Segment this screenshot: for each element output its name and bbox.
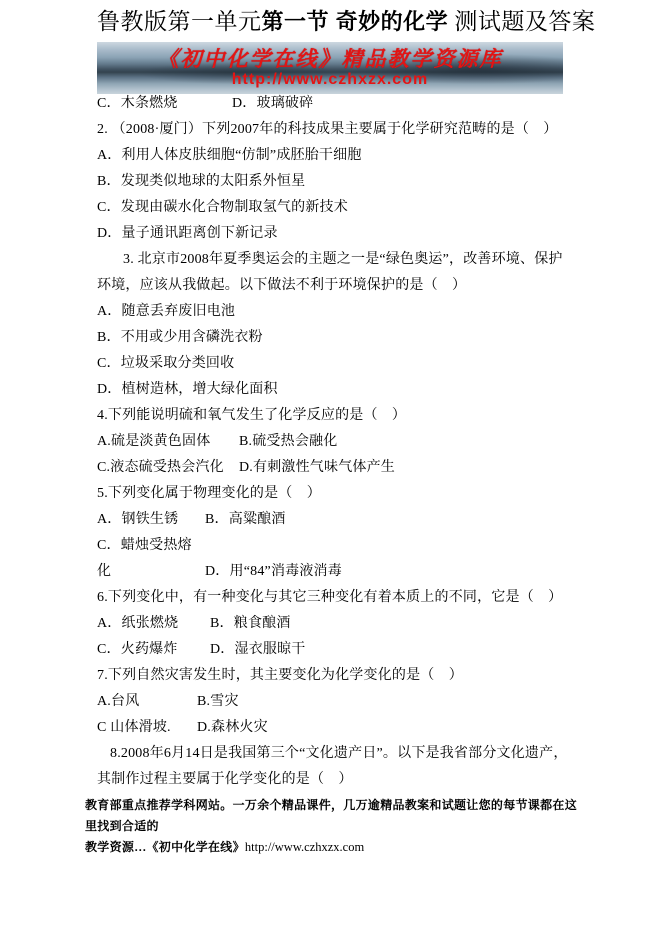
question-6-options-ab: A．纸张燃烧B．粮食酿酒 [97, 611, 571, 637]
question-1-option-c: C．木条燃烧 [97, 91, 232, 117]
question-2-option-b: B．发现类似地球的太阳系外恒星 [97, 169, 571, 195]
question-4-option-a: A.硫是淡黄色固体 [97, 429, 239, 455]
title-suffix: 测试题及答案 [448, 9, 595, 34]
question-5-option-d: D．用“84”消毒液消毒 [205, 564, 342, 579]
question-4-options-cd: C.液态硫受热会汽化D.有刺激性气味气体产生 [97, 455, 571, 481]
question-7-option-a: A.台风 [97, 689, 197, 715]
question-7-option-b: B.雪灾 [197, 694, 239, 709]
question-7-options-cd: C 山体滑坡.D.森林火灾 [97, 715, 571, 741]
question-3-option-d: D．植树造林，增大绿化面积 [97, 377, 571, 403]
question-4-stem: 4.下列能说明硫和氧气发生了化学反应的是（ ） [97, 403, 571, 429]
question-6-stem: 6.下列变化中，有一种变化与其它三种变化有着本质上的不同，它是（ ） [97, 585, 571, 611]
question-3-option-c: C．垃圾采取分类回收 [97, 351, 571, 377]
question-1-options-cd: C．木条燃烧D．玻璃破碎 [97, 91, 571, 117]
title-edition: 鲁教版第一单元 [97, 9, 262, 34]
question-3-option-a: A．随意丢弃废旧电池 [97, 299, 571, 325]
question-5-option-a: A．钢铁生锈 [97, 507, 205, 533]
question-4-option-c: C.液态硫受热会汽化 [97, 455, 239, 481]
question-7-options-ab: A.台风B.雪灾 [97, 689, 571, 715]
banner-site-url: http://www.czhxzx.com [97, 70, 563, 90]
question-7-option-c: C 山体滑坡. [97, 715, 197, 741]
footer-line-1: 教育部重点推荐学科网站。一万余个精品课件，几万逾精品教案和试题让您的每节课都在这… [85, 795, 579, 837]
footer-line-2: 教学资源…《初中化学在线》http://www.czhxzx.com [85, 837, 579, 858]
question-7-option-d: D.森林火灾 [197, 720, 268, 735]
document-page: 《初中化学在线》精品教学资源库 http://www.czhxzx.com 鲁教… [0, 0, 661, 935]
question-2-option-a: A．利用人体皮肤细胞“仿制”成胚胎干细胞 [97, 143, 571, 169]
question-6-options-cd: C．火药爆炸D．湿衣服晾干 [97, 637, 571, 663]
question-6-option-a: A．纸张燃烧 [97, 611, 210, 637]
question-3-stem: 3. 北京市2008年夏季奥运会的主题之一是“绿色奥运”，改善环境、保护环境，应… [97, 247, 571, 299]
title-section: 第一节 奇妙的化学 [262, 9, 449, 34]
question-6-option-b: B．粮食酿酒 [210, 616, 291, 631]
footer-line-2-text: 教学资源…《初中化学在线》 [85, 840, 245, 854]
question-8-stem: 8.2008年6月14日是我国第三个“文化遗产日”。以下是我省部分文化遗产，其制… [97, 741, 571, 793]
question-4-options-ab: A.硫是淡黄色固体B.硫受热会融化 [97, 429, 571, 455]
question-6-option-d: D．湿衣服晾干 [210, 642, 306, 657]
banner-site-title: 《初中化学在线》精品教学资源库 [97, 47, 563, 71]
question-2-option-d: D．量子通讯距离创下新记录 [97, 221, 571, 247]
question-4-option-d: D.有刺激性气味气体产生 [239, 460, 395, 475]
question-2-option-c: C．发现由碳水化合物制取氢气的新技术 [97, 195, 571, 221]
question-6-option-c: C．火药爆炸 [97, 637, 210, 663]
question-list: 1.生活中的下列现象属于化学变化的是（ ） A．汽油挥发B．车胎爆裂 C．木条燃… [97, 39, 571, 793]
question-3-option-b: B．不用或少用含磷洗衣粉 [97, 325, 571, 351]
site-banner-image: 《初中化学在线》精品教学资源库 http://www.czhxzx.com [97, 42, 563, 94]
question-1-option-d: D．玻璃破碎 [232, 96, 313, 111]
question-5-options-cd: C．蜡烛受热熔化D．用“84”消毒液消毒 [97, 533, 571, 585]
footer-site-url: http://www.czhxzx.com [245, 840, 364, 854]
question-5-option-c: C．蜡烛受热熔化 [97, 533, 205, 585]
question-5-option-b: B．高粱酿酒 [205, 512, 286, 527]
question-2-stem: 2. （2008·厦门）下列2007年的科技成果主要属于化学研究范畴的是（ ） [97, 117, 571, 143]
document-title: 鲁教版第一单元第一节 奇妙的化学 测试题及答案 [97, 7, 661, 36]
question-4-option-b: B.硫受热会融化 [239, 434, 337, 449]
question-5-stem: 5.下列变化属于物理变化的是（ ） [97, 481, 571, 507]
question-7-stem: 7.下列自然灾害发生时，其主要变化为化学变化的是（ ） [97, 663, 571, 689]
footer-note: 教育部重点推荐学科网站。一万余个精品课件，几万逾精品教案和试题让您的每节课都在这… [85, 795, 579, 858]
question-5-options-ab: A．钢铁生锈B．高粱酿酒 [97, 507, 571, 533]
